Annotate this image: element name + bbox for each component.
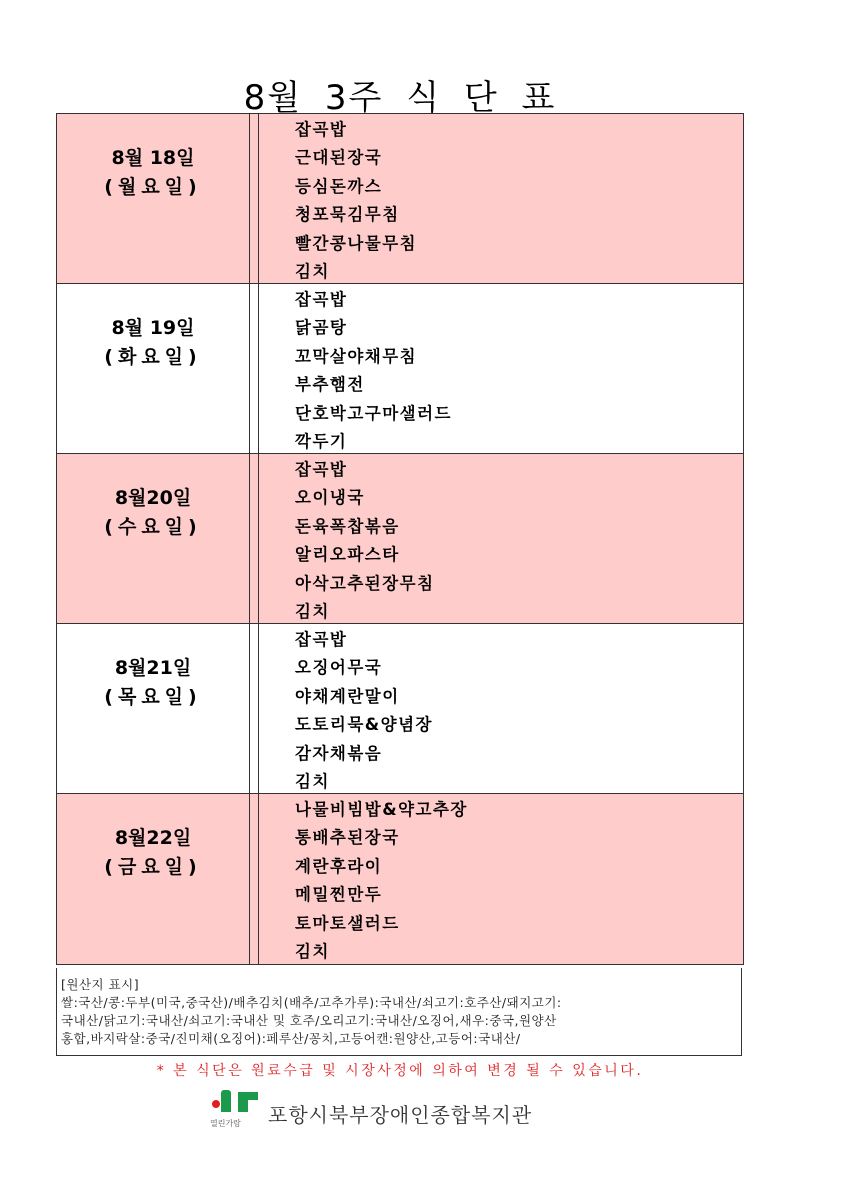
weekday-label: (목요일) (104, 683, 201, 712)
change-notice: * 본 식단은 원료수급 및 시장사정에 의하여 변경 될 수 있습니다. (0, 1060, 800, 1080)
origin-line: 홍합,바지락살:중국/진미채(오징어):페루산/꽁치,고등어캔:원양산,고등어:… (61, 1030, 737, 1048)
menu-item: 돈육폭찹볶음 (295, 513, 743, 541)
menu-item: 잡곡밥 (295, 286, 743, 314)
day-row-friday: 8월22일 (금요일) 나물비빔밥&약고추장 통배추된장국 계란후라이 메밀찐만… (57, 794, 743, 964)
menu-item: 메밀찐만두 (295, 881, 743, 909)
date-cell: 8월 18일 (월요일) (57, 114, 250, 283)
menu-item: 단호박고구마샐러드 (295, 400, 743, 428)
menu-item: 도토리묵&양념장 (295, 711, 743, 739)
weekday-label: (금요일) (104, 853, 201, 882)
menu-item: 잡곡밥 (295, 116, 743, 144)
page-title: 8월 3주 식 단 표 (0, 70, 800, 119)
date-label: 8월21일 (115, 654, 191, 683)
menu-item: 알리오파스타 (295, 541, 743, 569)
menu-item: 근대된장국 (295, 144, 743, 172)
menu-item: 김치 (295, 768, 743, 796)
date-label: 8월20일 (115, 484, 191, 513)
menu-item: 등심돈까스 (295, 173, 743, 201)
date-cell: 8월20일 (수요일) (57, 454, 250, 623)
menu-items: 잡곡밥 닭곰탕 꼬막살야채무침 부추햄전 단호박고구마샐러드 깍두기 (259, 284, 743, 453)
menu-items: 나물비빔밥&약고추장 통배추된장국 계란후라이 메밀찐만두 토마토샐러드 김치 (259, 794, 743, 964)
menu-items: 잡곡밥 오이냉국 돈육폭찹볶음 알리오파스타 아삭고추된장무침 김치 (259, 454, 743, 623)
origin-info-box: [원산지 표시] 쌀:국산/콩:두부(미국,중국산)/배추김치(배추/고추가루)… (56, 968, 742, 1056)
organization-logo-icon: 열린가람 (208, 1084, 262, 1134)
date-cell: 8월21일 (목요일) (57, 624, 250, 793)
menu-item: 김치 (295, 598, 743, 626)
divider (250, 794, 259, 964)
menu-items: 잡곡밥 근대된장국 등심돈까스 청포묵김무침 빨간콩나물무침 김치 (259, 114, 743, 283)
day-row-monday: 8월 18일 (월요일) 잡곡밥 근대된장국 등심돈까스 청포묵김무침 빨간콩나… (57, 114, 743, 284)
menu-item: 깍두기 (295, 428, 743, 456)
date-label: 8월22일 (115, 824, 191, 853)
menu-item: 통배추된장국 (295, 824, 743, 852)
menu-item: 나물비빔밥&약고추장 (295, 796, 743, 824)
origin-line: 국내산/닭고기:국내산/쇠고기:국내산 및 호주/오리고기:국내산/오징어,새우… (61, 1012, 737, 1030)
menu-item: 오징어무국 (295, 654, 743, 682)
menu-item: 꼬막살야채무침 (295, 343, 743, 371)
weekday-label: (월요일) (104, 173, 201, 202)
divider (250, 284, 259, 453)
divider (250, 114, 259, 283)
day-row-thursday: 8월21일 (목요일) 잡곡밥 오징어무국 야채계란말이 도토리묵&양념장 감자… (57, 624, 743, 794)
menu-item: 오이냉국 (295, 484, 743, 512)
menu-item: 김치 (295, 258, 743, 286)
date-label: 8월 18일 (112, 144, 195, 173)
date-label: 8월 19일 (112, 314, 195, 343)
menu-item: 청포묵김무침 (295, 201, 743, 229)
menu-item: 토마토샐러드 (295, 910, 743, 938)
date-cell: 8월 19일 (화요일) (57, 284, 250, 453)
organization-name: 포항시북부장애인종합복지관 (268, 1099, 532, 1128)
weekday-label: (수요일) (104, 513, 201, 542)
menu-item: 아삭고추된장무침 (295, 570, 743, 598)
menu-item: 부추햄전 (295, 371, 743, 399)
divider (250, 454, 259, 623)
footer: 열린가람 포항시북부장애인종합복지관 (208, 1084, 532, 1134)
date-cell: 8월22일 (금요일) (57, 794, 250, 964)
menu-item: 잡곡밥 (295, 626, 743, 654)
logo-caption: 열린가람 (210, 1118, 241, 1129)
day-row-wednesday: 8월20일 (수요일) 잡곡밥 오이냉국 돈육폭찹볶음 알리오파스타 아삭고추된… (57, 454, 743, 624)
menu-item: 김치 (295, 938, 743, 966)
menu-table: 8월 18일 (월요일) 잡곡밥 근대된장국 등심돈까스 청포묵김무침 빨간콩나… (56, 113, 744, 965)
day-row-tuesday: 8월 19일 (화요일) 잡곡밥 닭곰탕 꼬막살야채무침 부추햄전 단호박고구마… (57, 284, 743, 454)
menu-item: 감자채볶음 (295, 740, 743, 768)
menu-item: 잡곡밥 (295, 456, 743, 484)
menu-items: 잡곡밥 오징어무국 야채계란말이 도토리묵&양념장 감자채볶음 김치 (259, 624, 743, 793)
menu-item: 계란후라이 (295, 853, 743, 881)
menu-item: 빨간콩나물무침 (295, 230, 743, 258)
divider (250, 624, 259, 793)
menu-item: 야채계란말이 (295, 683, 743, 711)
weekday-label: (화요일) (104, 343, 201, 372)
origin-line: 쌀:국산/콩:두부(미국,중국산)/배추김치(배추/고추가루):국내산/쇠고기:… (61, 994, 737, 1012)
origin-heading: [원산지 표시] (61, 976, 737, 994)
menu-item: 닭곰탕 (295, 314, 743, 342)
